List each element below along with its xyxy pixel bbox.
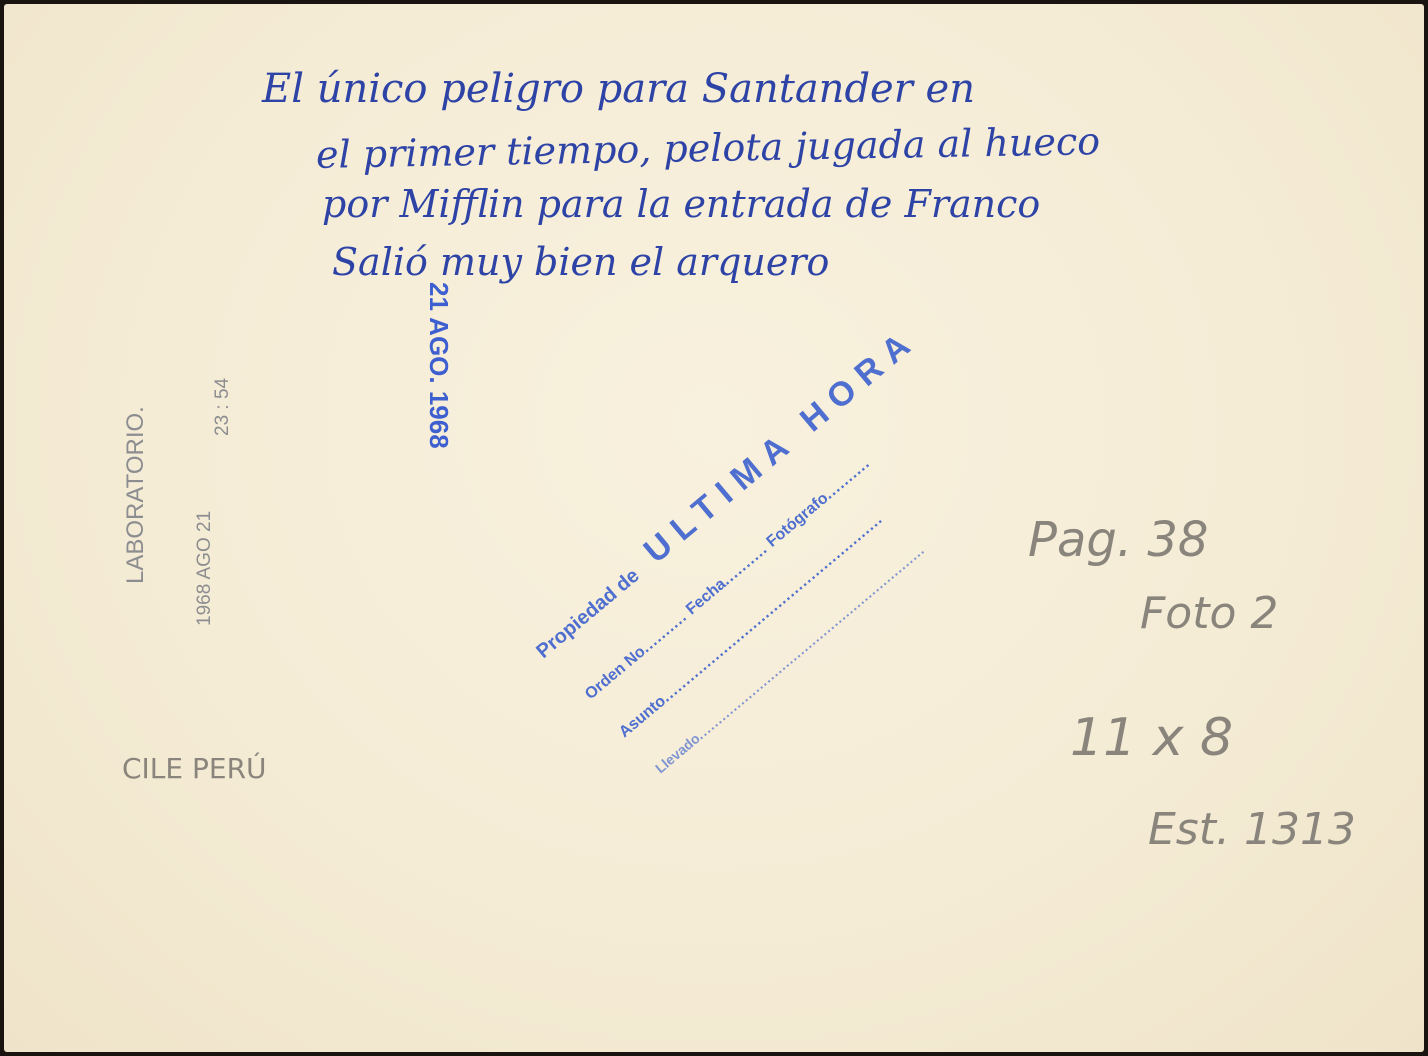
property-stamp-header: Propiedad de ULTIMA HORA (524, 320, 925, 666)
photo-number-note: Foto 2 (1140, 588, 1278, 639)
llevado-label: Llevado (652, 730, 703, 776)
laboratorio-date: 1968 AGO 21 (194, 511, 216, 626)
note-line-2: el primer tiempo, pelota jugada al hueco (316, 119, 1101, 177)
note-line-1: El único peligro para Santander en (262, 66, 975, 112)
asunto-label: Asunto (616, 693, 669, 741)
note-line-4: Salió muy bien el arquero (332, 240, 829, 284)
print-size-note: 11 x 8 (1070, 708, 1233, 768)
fecha-label: Fecha (683, 576, 729, 619)
laboratorio-time: 23 : 54 (212, 378, 234, 436)
property-row-llevado: Llevado.................................… (652, 541, 928, 776)
note-line-3: por Mifflin para la entrada de Franco (322, 182, 1040, 226)
match-teams-note: CILE PERÚ (122, 752, 267, 785)
property-prefix: Propiedad de (532, 565, 643, 663)
received-date-stamp: 21 AGO. 1968 (423, 282, 454, 449)
photo-back-paper: El único peligro para Santander en el pr… (4, 4, 1424, 1052)
orden-label: Orden No (582, 643, 649, 703)
fotografo-label: Fotógrafo (764, 490, 832, 551)
page-number-note: Pag. 38 (1028, 512, 1208, 568)
est-number-note: Est. 1313 (1148, 804, 1356, 855)
laboratorio-label: LABORATORIO. (122, 406, 150, 584)
